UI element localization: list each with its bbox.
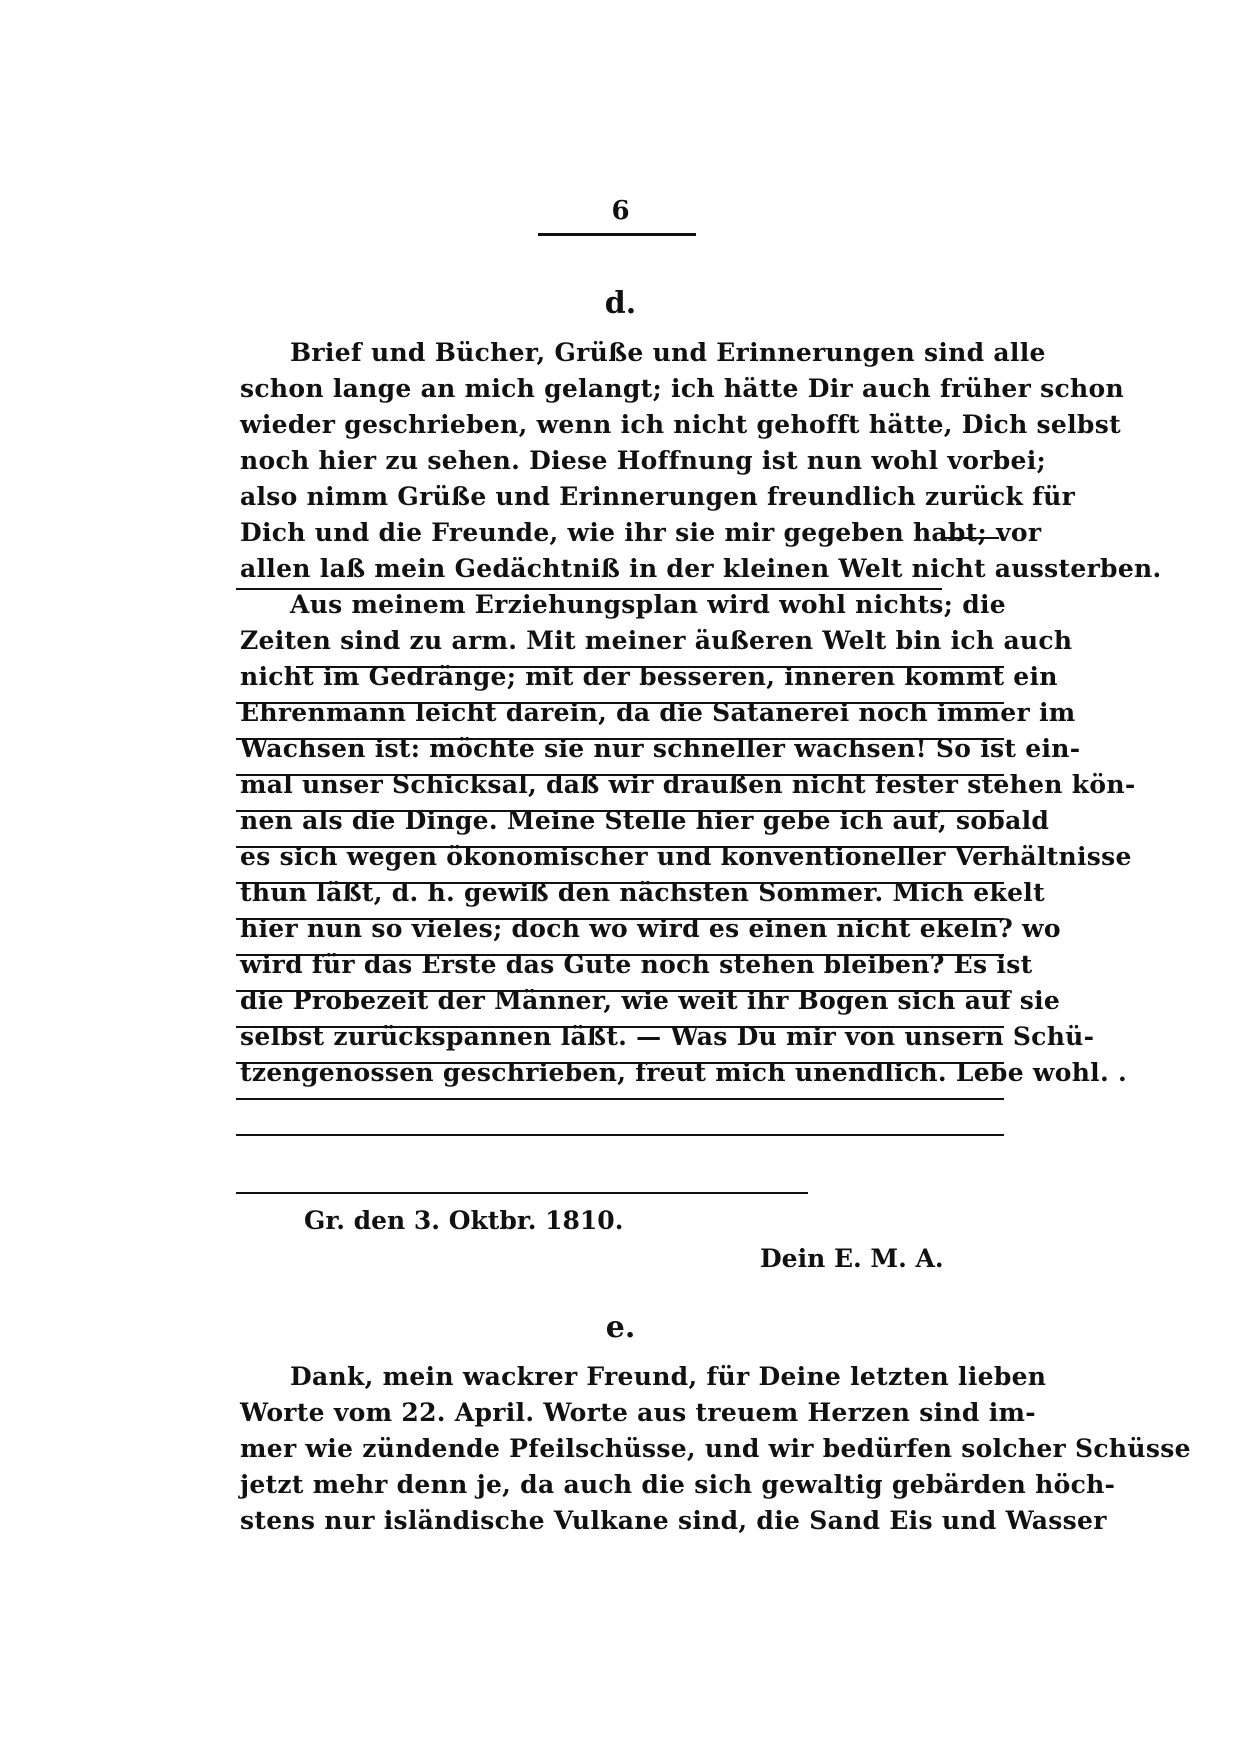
underline-mark (236, 774, 1004, 776)
text-line: jetzt mehr denn je, da auch die sich gew… (240, 1469, 1006, 1501)
underline-mark (945, 537, 999, 539)
section-letter-d: d. (0, 286, 1241, 321)
text-line: also nimm Grüße und Erinnerungen freundl… (240, 481, 1006, 513)
underline-mark (236, 882, 1004, 884)
text-line: allen laß mein Gedächtniß in der kleinen… (240, 553, 1006, 585)
underline-mark (236, 1026, 1004, 1028)
text-line: Worte vom 22. April. Worte aus treuem He… (240, 1397, 1006, 1429)
underline-mark (236, 702, 1004, 704)
underline-mark (236, 1098, 1004, 1100)
underline-mark (236, 1134, 1004, 1136)
header-rule (538, 233, 696, 236)
text-line: stens nur isländische Vulkane sind, die … (240, 1505, 1006, 1537)
text-line: wieder geschrieben, wenn ich nicht gehof… (240, 409, 1006, 441)
text-line: schon lange an mich gelangt; ich hätte D… (240, 373, 1006, 405)
letter-dateline: Gr. den 3. Oktbr. 1810. (304, 1206, 623, 1235)
underline-mark (296, 666, 1004, 668)
text-line: Zeiten sind zu arm. Mit meiner äußeren W… (240, 625, 1006, 657)
text-line: noch hier zu sehen. Diese Hoffnung ist n… (240, 445, 1006, 477)
text-line: mer wie zündende Pfeilschüsse, und wir b… (240, 1433, 1006, 1465)
page-number: 6 (0, 196, 1241, 226)
text-line: Dich und die Freunde, wie ihr sie mir ge… (240, 517, 1006, 549)
text-line: Dank, mein wackrer Freund, für Deine let… (290, 1361, 1006, 1393)
underline-mark (236, 738, 1004, 740)
text-line: Brief und Bücher, Grüße und Erinnerungen… (290, 337, 1006, 369)
underline-mark (236, 588, 942, 590)
letter-signature: Dein E. M. A. (760, 1244, 944, 1273)
underline-mark (236, 810, 1004, 812)
underline-mark (236, 918, 1004, 920)
underline-mark (236, 990, 1004, 992)
section-letter-e: e. (0, 1310, 1241, 1345)
underline-mark (236, 1192, 808, 1194)
underline-mark (236, 846, 1004, 848)
underline-mark (236, 1062, 1004, 1064)
text-line: Aus meinem Erziehungsplan wird wohl nich… (290, 589, 1006, 621)
underline-mark (236, 954, 1004, 956)
